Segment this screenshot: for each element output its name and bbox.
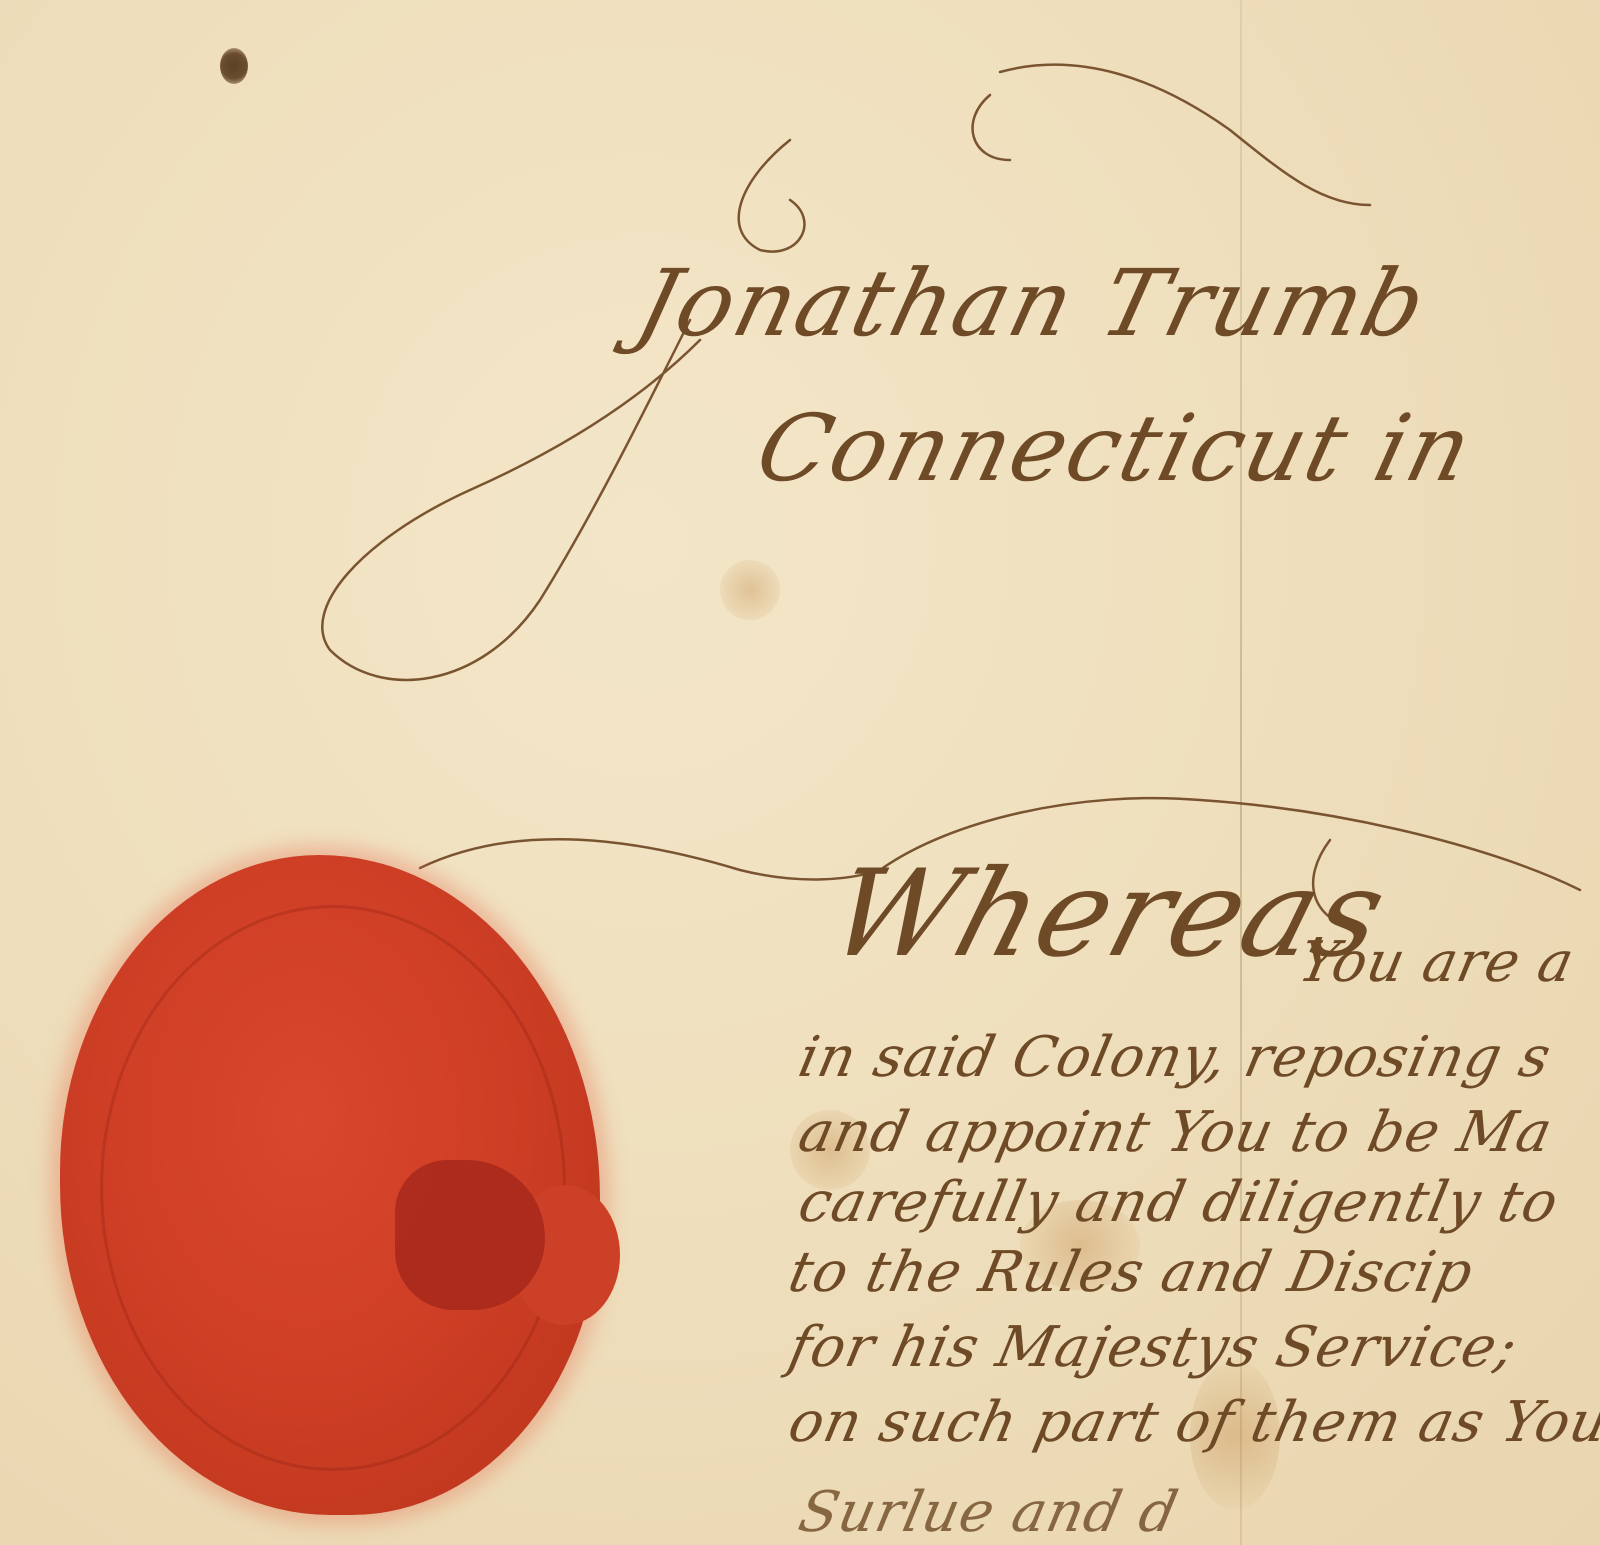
body-line-7: Surlue and d (793, 1480, 1184, 1545)
parchment-document: Jonathan Trumb Connecticut in Whereas Yo… (0, 0, 1600, 1545)
heading-line-2: Connecticut in (747, 395, 1484, 502)
body-line-0: You are a (1293, 930, 1580, 995)
body-line-4: to the Rules and Discip (783, 1240, 1479, 1305)
body-line-5: for his Majestys Service; (783, 1315, 1523, 1380)
body-line-3: carefully and diligently to (793, 1170, 1564, 1235)
body-line-2: and appoint You to be Ma (793, 1100, 1558, 1165)
body-line-6: on such part of them as Yoush (783, 1390, 1600, 1455)
heading-line-1: Jonathan Trumb (627, 250, 1438, 357)
body-line-1: in said Colony, reposing s (793, 1025, 1557, 1090)
seal-dark-drip (395, 1160, 545, 1310)
wax-seal (40, 855, 640, 1545)
